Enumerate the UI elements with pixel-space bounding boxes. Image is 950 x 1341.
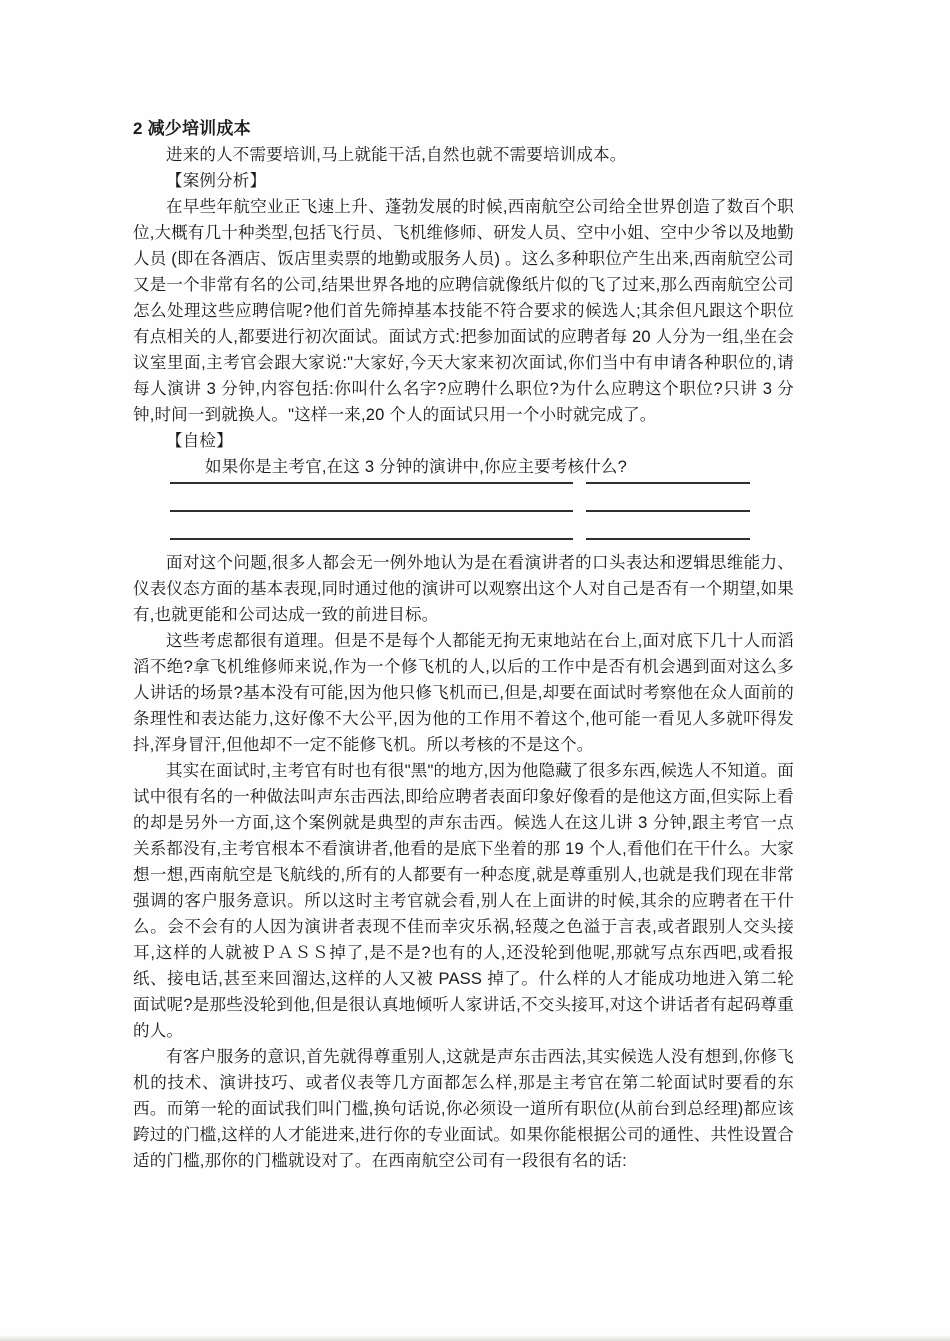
page-bottom-edge — [0, 1335, 950, 1341]
case-analysis-label: 【案例分析】 — [133, 168, 794, 194]
answer-blanks — [133, 482, 794, 540]
answer-blank-row — [170, 482, 794, 484]
document-body: 2 减少培训成本 进来的人不需要培训,马上就能干活,自然也就不需要培训成本。 【… — [133, 116, 794, 1174]
answer-blank-line-short — [586, 482, 750, 484]
case-analysis-paragraph: 在早些年航空业正飞速上升、蓬勃发展的时候,西南航空公司给全世界创造了数百个职位,… — [133, 194, 794, 428]
discussion-paragraph: 有客户服务的意识,首先就得尊重别人,这就是声东击西法,其实候选人没有想到,你修飞… — [133, 1044, 794, 1174]
answer-blank-line-short — [586, 538, 750, 540]
self-check-question: 如果你是主考官,在这 3 分钟的演讲中,你应主要考核什么? — [133, 454, 794, 480]
discussion-paragraph: 其实在面试时,主考官有时也有很"黑"的地方,因为他隐藏了很多东西,候选人不知道。… — [133, 758, 794, 1044]
discussion-paragraph: 这些考虑都很有道理。但是不是每个人都能无拘无束地站在台上,面对底下几十人而滔滔不… — [133, 628, 794, 758]
self-check-label: 【自检】 — [133, 428, 794, 454]
answer-blank-row — [170, 510, 794, 512]
answer-blank-line-long — [170, 538, 573, 540]
answer-blank-row — [170, 538, 794, 540]
document-page: 2 减少培训成本 进来的人不需要培训,马上就能干活,自然也就不需要培训成本。 【… — [0, 0, 950, 1341]
answer-blank-line-long — [170, 510, 573, 512]
section-heading: 2 减少培训成本 — [133, 116, 794, 142]
intro-paragraph: 进来的人不需要培训,马上就能干活,自然也就不需要培训成本。 — [133, 142, 794, 168]
answer-blank-line-short — [586, 510, 750, 512]
discussion-paragraph: 面对这个问题,很多人都会无一例外地认为是在看演讲者的口头表达和逻辑思维能力、仪表… — [133, 550, 794, 628]
answer-blank-line-long — [170, 482, 573, 484]
